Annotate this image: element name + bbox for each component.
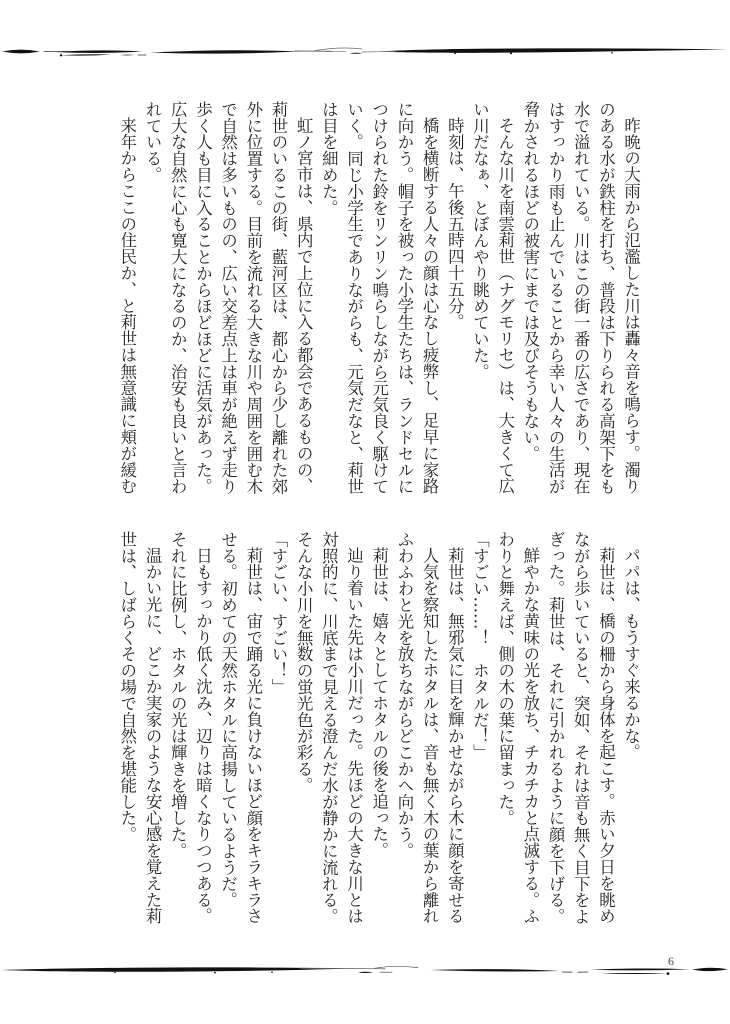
text-column: それに比例し、ホタルの光は輝きを増した。 <box>165 531 190 925</box>
text-column: 外に位置する。目前を流れる大きな川や周囲を囲む木々 <box>241 101 266 495</box>
text-column: 時刻は、午後五時四十五分。 <box>442 101 467 495</box>
text-column: は目を細めた。 <box>316 101 341 495</box>
text-column: で自然は多いものの、広い交差点上は車が絶えず走り、 <box>215 101 240 495</box>
text-column: ぎった。莉世は、それに引かれるように顔を下げる。 <box>543 531 568 925</box>
text-column: 日もすっかり低く沈み、辺りは暗くなりつつある。 <box>190 531 215 925</box>
text-column: 莉世は、宙で踊る光に負けないほど顔をキラキラさ <box>241 531 266 925</box>
bottom-text-block: パパは、もうすぐ来るかな。 莉世は、橋の柵から身体を起こす。赤い夕日を眺め なが… <box>114 531 643 925</box>
text-column: 歩く人も目に入ることからほどほどに活気があった。 <box>190 101 215 495</box>
text-column: 世は、しばらくその場で自然を堪能した。 <box>115 531 140 925</box>
text-column: 橋を横断する人々の顔は心なし疲弊し、足早に家路 <box>417 101 442 495</box>
text-column: そんな川を南雲莉世（ナグモリセ）は、大きくて広 <box>492 101 517 495</box>
text-column: ながら歩いていると、突如、それは音も無く目下をよ <box>568 531 593 925</box>
text-column: 莉世は、嬉々としてホタルの後を追った。 <box>367 531 392 925</box>
text-column: はすっかり雨も止んでいることから幸い人々の生活が <box>543 101 568 495</box>
text-column: 水で溢れている。川はこの街一番の広さであり、現在 <box>568 101 593 495</box>
text-column: 広大な自然に心も寛大になるのか、治安も良いと言わ <box>165 101 190 495</box>
text-column: そんな小川を無数の蛍光色が彩る。 <box>291 531 316 925</box>
text-column: つけられた鈴をリンリン鳴らしながら元気良く駆けて <box>367 101 392 495</box>
text-column: 来年からここの住民か、と莉世は無意識に頬が緩む。 <box>115 101 140 495</box>
text-column: 虹ノ宮市は、県内で上位に入る都会であるものの、 <box>291 101 316 495</box>
text-column: 温かい光に、どこか実家のような安心感を覚えた莉 <box>140 531 165 925</box>
text-column: 昨晩の大雨から氾濫した川は轟々音を鳴らす。濁り <box>618 101 643 495</box>
text-column: れている。 <box>140 101 165 495</box>
text-column: に向かう。帽子を被った小学生たちは、ランドセルに <box>392 101 417 495</box>
text-column: 辿り着いた先は小川だった。先ほどの大きな川とは <box>341 531 366 925</box>
dialogue-column: 「すごい、すごい！」 <box>266 531 291 925</box>
text-column: 人気を察知したホタルは、音も無く木の葉から離れ、 <box>417 531 442 925</box>
text-column: 莉世のいるこの街、藍河区は、都心から少し離れた郊 <box>266 101 291 495</box>
text-column: 鮮やかな黄味の光を放ち、チカチカと点滅する。ふ <box>518 531 543 925</box>
text-column: 莉世は、橋の柵から身体を起こす。赤い夕日を眺め <box>593 531 618 925</box>
text-column: い川だなぁ、とぼんやり眺めていた。 <box>467 101 492 495</box>
text-column: ふわふわと光を放ちながらどこかへ向かう。 <box>392 531 417 925</box>
text-column: 対照的に、川底まで見える澄んだ水が静かに流れる。 <box>316 531 341 925</box>
text-column: のある水が鉄柱を打ち、普段は下りられる高架下をも <box>593 101 618 495</box>
text-column: いく。同じ小学生でありながらも、元気だなと、莉世 <box>341 101 366 495</box>
text-column: 脅かされるほどの被害にまでは及びそうもない。 <box>518 101 543 495</box>
top-text-block: 昨晩の大雨から氾濫した川は轟々音を鳴らす。濁り のある水が鉄柱を打ち、普段は下り… <box>114 101 643 495</box>
page-number: 6 <box>668 954 674 968</box>
text-column: わりと舞えば、側の木の葉に留まった。 <box>492 531 517 925</box>
text-column: 莉世は、無邪気に目を輝かせながら木に顔を寄せる。 <box>442 531 467 925</box>
dialogue-column: 「すごい……！ ホタルだ！」 <box>467 531 492 925</box>
text-column: パパは、もうすぐ来るかな。 <box>618 531 643 925</box>
text-column: せる。初めての天然ホタルに高揚しているようだ。 <box>215 531 240 925</box>
